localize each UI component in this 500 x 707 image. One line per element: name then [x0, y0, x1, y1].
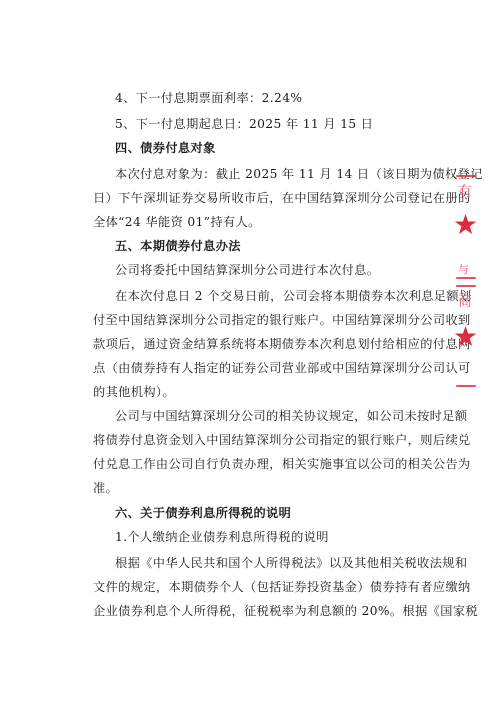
- document-page: 4、下一付息期票面利率：2.24%5、下一付息期起息日：2025 年 11 月 …: [0, 0, 500, 707]
- text-line: 点（由债券持有人指定的证券公司营业部或中国结算深圳分公司认可: [93, 360, 423, 376]
- text-line: 4、下一付息期票面利率：2.24%: [115, 90, 445, 106]
- section-heading: 五、本期债券付息办法: [115, 238, 445, 254]
- text-line: 准。: [93, 480, 423, 496]
- text-line: 将债券付息资金划入中国结算深圳分公司指定的银行账户，则后续兑: [93, 432, 423, 448]
- section-heading: 四、债券付息对象: [115, 140, 445, 156]
- seal-char: 商: [458, 291, 472, 311]
- text-line: 日）下午深圳证券交易所收市后，在中国结算深圳分公司登记在册的: [93, 190, 423, 206]
- text-line: 在本次付息日 2 个交易日前，公司会将本期债券本次利息足额划: [115, 288, 445, 304]
- text-line: 款项后，通过资金结算系统将本期债券本次利息划付给相应的付息网: [93, 336, 423, 352]
- seal-ring-fragment: [456, 385, 476, 387]
- seal-char: 与: [458, 261, 469, 277]
- seal-star-icon: ★: [453, 323, 478, 351]
- seal-ring-fragment: [456, 175, 476, 177]
- text-line: 付兑息工作由公司自行负责办理，相关实施事宜以公司的相关公告为: [93, 456, 423, 472]
- text-line: 1.个人缴纳企业债券利息所得税的说明: [115, 529, 445, 545]
- section-heading: 六、关于债券利息所得税的说明: [115, 505, 445, 521]
- seal-ring-fragment: [456, 277, 476, 279]
- text-line: 企业债券利息个人所得税，征税税率为利息额的 20%。根据《国家税: [93, 603, 423, 619]
- text-line: 本次付息对象为：截止 2025 年 11 月 14 日（该日期为债权登记: [115, 166, 445, 182]
- text-line: 全体“24 华能资 01”持有人。: [93, 214, 423, 230]
- seal-ring-fragment: [456, 285, 476, 287]
- text-line: 文件的规定，本期债券个人（包括证券投资基金）债券持有者应缴纳: [93, 579, 423, 595]
- text-line: 5、下一付息期起息日：2025 年 11 月 15 日: [115, 116, 445, 132]
- text-line: 公司将委托中国结算深圳分公司进行本次付息。: [115, 262, 445, 278]
- seal-star-icon: ★: [453, 211, 478, 239]
- text-line: 公司与中国结算深圳分公司的相关协议规定，如公司未按时足额: [115, 408, 445, 424]
- text-line: 的其他机构）。: [93, 384, 423, 400]
- text-line: 付至中国结算深圳分公司指定的银行账户。中国结算深圳分公司收到: [93, 312, 423, 328]
- text-line: 根据《中华人民共和国个人所得税法》以及其他相关税收法规和: [115, 555, 445, 571]
- partial-seal-stamp: 有 ★ 与 商 ★: [448, 175, 488, 405]
- seal-char: 有: [458, 181, 472, 201]
